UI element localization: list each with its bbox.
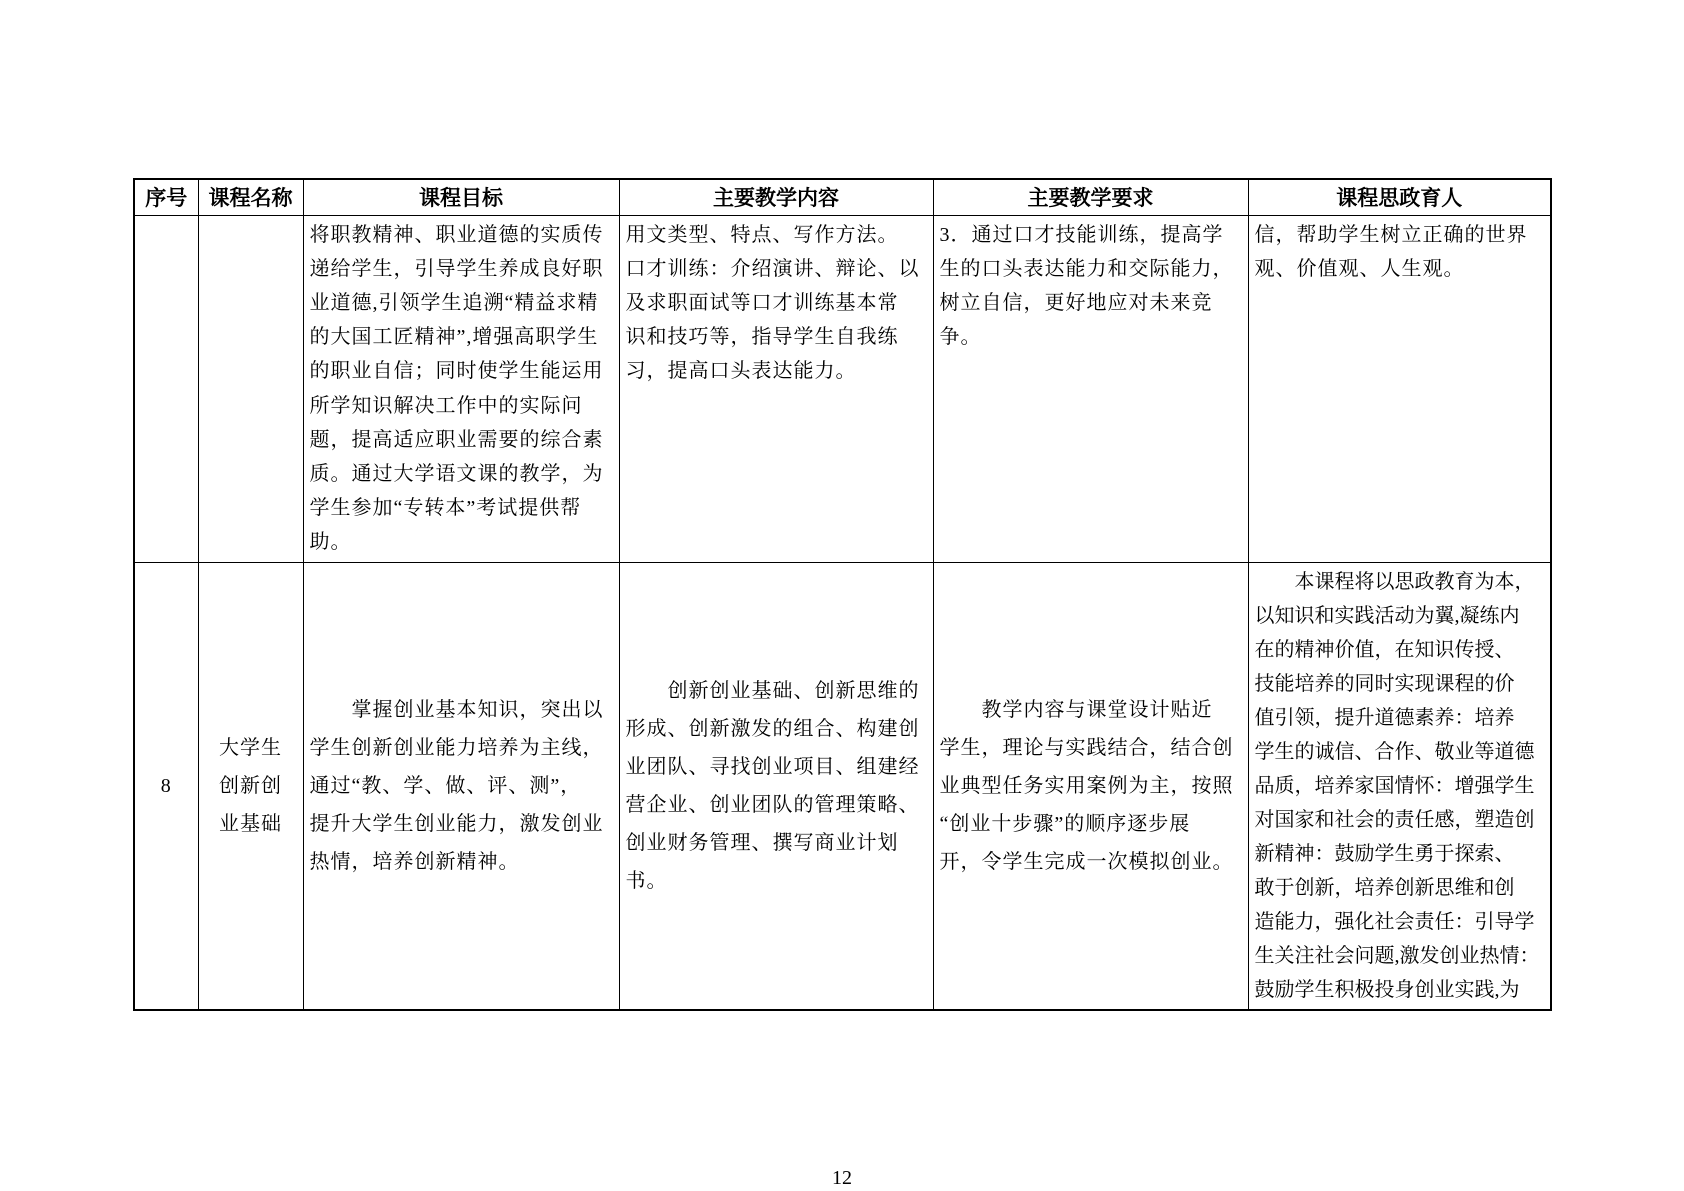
cell-teaching-content: 用文类型、特点、写作方法。 口才训练：介绍演讲、辩论、以 及求职面试等口才训练基… — [619, 215, 933, 562]
table-row-continuation: 将职教精神、职业道德的实质传 递给学生，引导学生养成良好职 业道德,引领学生追溯… — [134, 215, 1551, 562]
table-header: 序号 课程名称 课程目标 主要教学内容 主要教学要求 课程思政育人 — [134, 179, 1551, 215]
document-page: 序号 课程名称 课程目标 主要教学内容 主要教学要求 课程思政育人 将职教精神、… — [0, 0, 1684, 1191]
cell-ideology-education: 信，帮助学生树立正确的世界 观、价值观、人生观。 — [1248, 215, 1551, 562]
header-course-objectives: 课程目标 — [303, 179, 619, 215]
cell-course-name — [198, 215, 303, 562]
header-teaching-requirements: 主要教学要求 — [933, 179, 1248, 215]
cell-seq: 8 — [134, 562, 198, 1010]
page-number: 12 — [0, 1167, 1684, 1190]
cell-teaching-requirements: 3．通过口才技能训练，提高学 生的口头表达能力和交际能力， 树立自信，更好地应对… — [933, 215, 1248, 562]
header-seq: 序号 — [134, 179, 198, 215]
course-table: 序号 课程名称 课程目标 主要教学内容 主要教学要求 课程思政育人 将职教精神、… — [133, 178, 1552, 1011]
cell-seq — [134, 215, 198, 562]
table-row-course-8: 8 大学生 创新创 业基础 掌握创业基本知识，突出以 学生创新创业能力培养为主线… — [134, 562, 1551, 1010]
cell-course-objectives: 掌握创业基本知识，突出以 学生创新创业能力培养为主线， 通过“教、学、做、评、测… — [303, 562, 619, 1010]
cell-teaching-requirements: 教学内容与课堂设计贴近 学生，理论与实践结合，结合创 业典型任务实用案例为主，按… — [933, 562, 1248, 1010]
header-row: 序号 课程名称 课程目标 主要教学内容 主要教学要求 课程思政育人 — [134, 179, 1551, 215]
cell-course-objectives: 将职教精神、职业道德的实质传 递给学生，引导学生养成良好职 业道德,引领学生追溯… — [303, 215, 619, 562]
header-course-name: 课程名称 — [198, 179, 303, 215]
cell-teaching-content: 创新创业基础、创新思维的 形成、创新激发的组合、构建创 业团队、寻找创业项目、组… — [619, 562, 933, 1010]
header-ideology-education: 课程思政育人 — [1248, 179, 1551, 215]
cell-ideology-education: 本课程将以思政教育为本， 以知识和实践活动为翼,凝练内 在的精神价值，在知识传授… — [1248, 562, 1551, 1010]
header-teaching-content: 主要教学内容 — [619, 179, 933, 215]
table-body: 将职教精神、职业道德的实质传 递给学生，引导学生养成良好职 业道德,引领学生追溯… — [134, 215, 1551, 1010]
cell-course-name: 大学生 创新创 业基础 — [198, 562, 303, 1010]
